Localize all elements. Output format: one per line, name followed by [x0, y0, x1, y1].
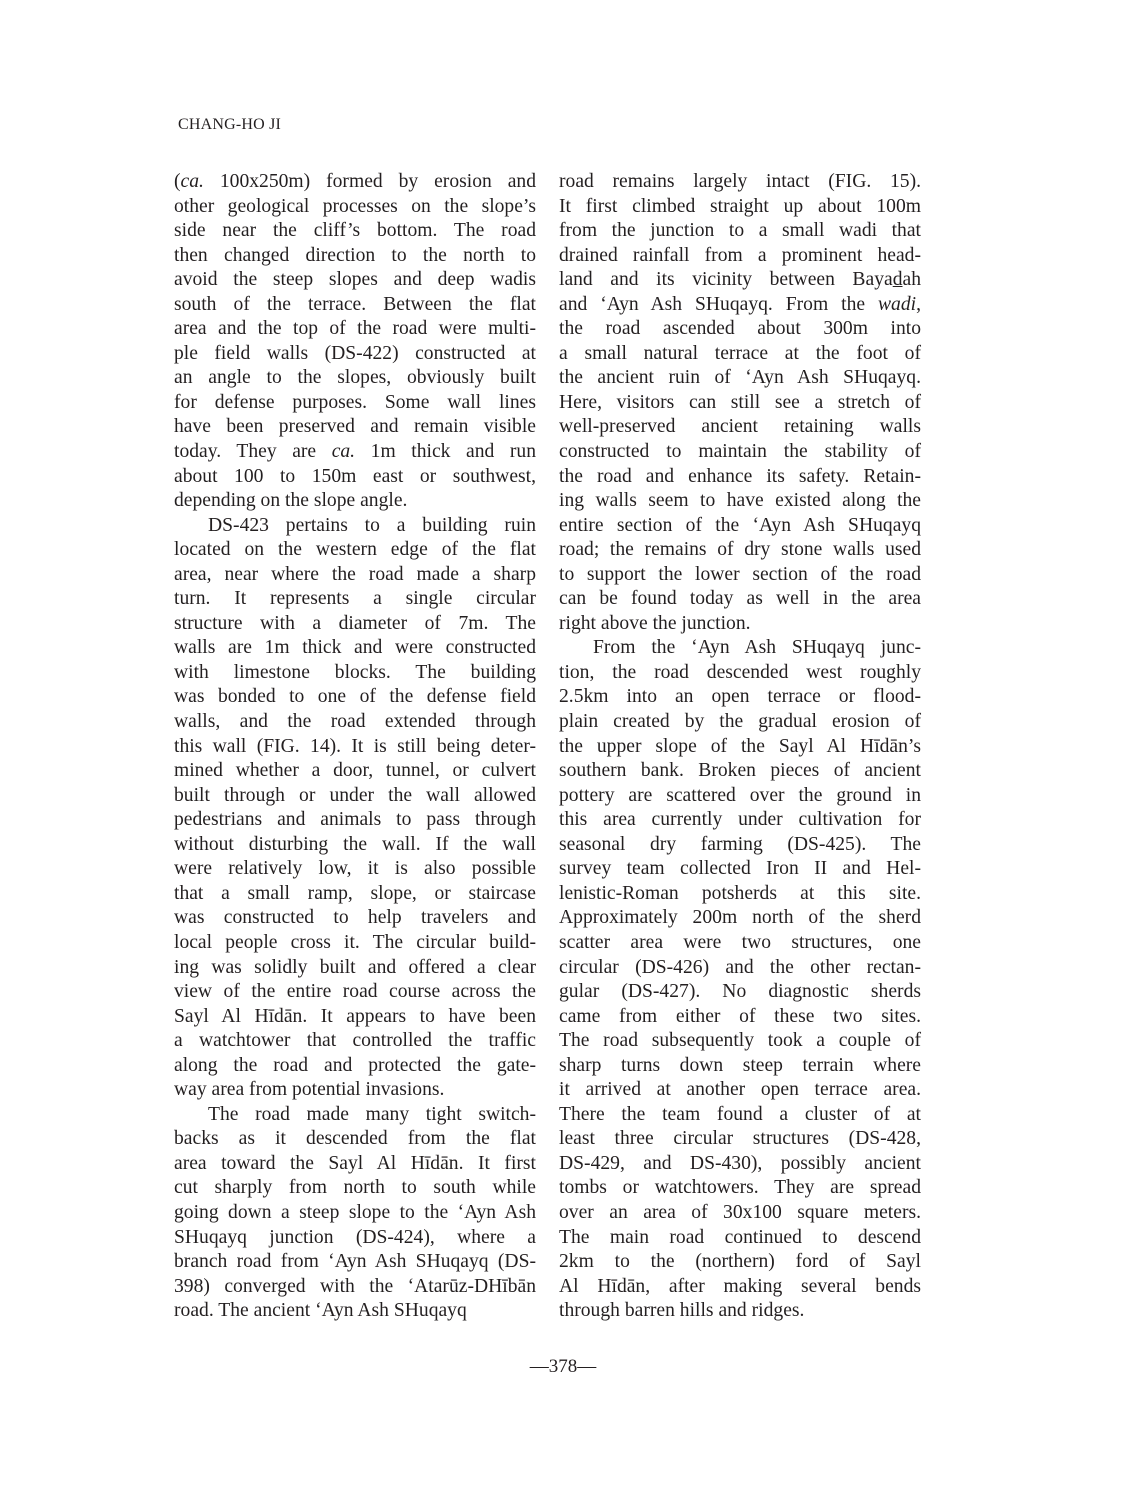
text-line: an angle to the slopes, obviously built	[174, 366, 536, 391]
text-line: was bonded to one of the defense field	[174, 685, 536, 710]
text-line: survey team collected Iron II and Hel-	[559, 857, 921, 882]
text-line: from the junction to a small wadi that	[559, 219, 921, 244]
text-line: and ‘Ayn Ash SHuqayq. From the wadi,	[559, 293, 921, 318]
text-line: From the ‘Ayn Ash SHuqayq junc-	[559, 636, 921, 661]
text-line: The road made many tight switch-	[174, 1103, 536, 1128]
text-line: seasonal dry farming (DS-425). The	[559, 833, 921, 858]
text-line: gular (DS-427). No diagnostic sherds	[559, 980, 921, 1005]
text-line: Sayl Al Hīdān. It appears to have been	[174, 1005, 536, 1030]
text-line: DS-429, and DS-430), possibly ancient	[559, 1152, 921, 1177]
text-line: DS-423 pertains to a building ruin	[174, 514, 536, 539]
text-line: road remains largely intact (FIG. 15).	[559, 170, 921, 195]
text-line: the ancient ruin of ‘Ayn Ash SHuqayq.	[559, 366, 921, 391]
right-column: road remains largely intact (FIG. 15).It…	[559, 170, 921, 1324]
text-line: pedestrians and animals to pass through	[174, 808, 536, 833]
text-line: local people cross it. The circular buil…	[174, 931, 536, 956]
text-line: walls, and the road extended through	[174, 710, 536, 735]
text-line: it arrived at another open terrace area.	[559, 1078, 921, 1103]
text-line: lenistic-Roman potsherds at this site.	[559, 882, 921, 907]
text-line: area toward the Sayl Al Hīdān. It first	[174, 1152, 536, 1177]
text-line: Al Hīdān, after making several bends	[559, 1275, 921, 1300]
text-line: the upper slope of the Sayl Al Hīdān’s	[559, 735, 921, 760]
text-line: walls are 1m thick and were constructed	[174, 636, 536, 661]
text-line: came from either of these two sites.	[559, 1005, 921, 1030]
text-line: southern bank. Broken pieces of ancient	[559, 759, 921, 784]
text-line: 2km to the (northern) ford of Sayl	[559, 1250, 921, 1275]
text-line: area and the top of the road were multi-	[174, 317, 536, 342]
text-line: structure with a diameter of 7m. The	[174, 612, 536, 637]
text-line: have been preserved and remain visible	[174, 415, 536, 440]
text-line: SHuqayq junction (DS-424), where a	[174, 1226, 536, 1251]
text-line: least three circular structures (DS-428,	[559, 1127, 921, 1152]
text-line: depending on the slope angle.	[174, 489, 536, 514]
text-line: drained rainfall from a prominent head-	[559, 244, 921, 269]
text-line: constructed to maintain the stability of	[559, 440, 921, 465]
text-line: land and its vicinity between Bayadah	[559, 268, 921, 293]
text-line: (ca. 100x250m) formed by erosion and	[174, 170, 536, 195]
text-line: cut sharply from north to south while	[174, 1176, 536, 1201]
text-line: tion, the road descended west roughly	[559, 661, 921, 686]
text-line: to support the lower section of the road	[559, 563, 921, 588]
running-head-author: CHANG-HO JI	[178, 116, 281, 134]
text-line: well-preserved ancient retaining walls	[559, 415, 921, 440]
text-line: this wall (FIG. 14). It is still being d…	[174, 735, 536, 760]
text-line: pottery are scattered over the ground in	[559, 784, 921, 809]
text-line: Approximately 200m north of the sherd	[559, 906, 921, 931]
text-line: It first climbed straight up about 100m	[559, 195, 921, 220]
text-line: about 100 to 150m east or southwest,	[174, 465, 536, 490]
text-line: 398) converged with the ‘Atarūz-DHībān	[174, 1275, 536, 1300]
text-line: south of the terrace. Between the flat	[174, 293, 536, 318]
text-line: was constructed to help travelers and	[174, 906, 536, 931]
text-line: located on the western edge of the flat	[174, 538, 536, 563]
text-line: scatter area were two structures, one	[559, 931, 921, 956]
text-line: ing was solidly built and offered a clea…	[174, 956, 536, 981]
text-line: circular (DS-426) and the other rectan-	[559, 956, 921, 981]
text-line: sharp turns down steep terrain where	[559, 1054, 921, 1079]
left-column: (ca. 100x250m) formed by erosion andothe…	[174, 170, 536, 1324]
text-line: tombs or watchtowers. They are spread	[559, 1176, 921, 1201]
text-line: for defense purposes. Some wall lines	[174, 391, 536, 416]
text-line: a watchtower that controlled the traffic	[174, 1029, 536, 1054]
text-line: going down a steep slope to the ‘Ayn Ash	[174, 1201, 536, 1226]
text-line: the road and enhance its safety. Retain-	[559, 465, 921, 490]
text-line: the road ascended about 300m into	[559, 317, 921, 342]
text-line: road; the remains of dry stone walls use…	[559, 538, 921, 563]
text-line: Here, visitors can still see a stretch o…	[559, 391, 921, 416]
text-line: The main road continued to descend	[559, 1226, 921, 1251]
text-line: right above the junction.	[559, 612, 921, 637]
text-line: way area from potential invasions.	[174, 1078, 536, 1103]
text-line: view of the entire road course across th…	[174, 980, 536, 1005]
text-line: road. The ancient ‘Ayn Ash SHuqayq	[174, 1299, 536, 1324]
text-line: avoid the steep slopes and deep wadis	[174, 268, 536, 293]
text-line: can be found today as well in the area	[559, 587, 921, 612]
text-line: backs as it descended from the flat	[174, 1127, 536, 1152]
text-line: side near the cliff’s bottom. The road	[174, 219, 536, 244]
text-line: branch road from ‘Ayn Ash SHuqayq (DS-	[174, 1250, 536, 1275]
text-line: ing walls seem to have existed along the	[559, 489, 921, 514]
text-line: that a small ramp, slope, or staircase	[174, 882, 536, 907]
text-line: with limestone blocks. The building	[174, 661, 536, 686]
text-line: There the team found a cluster of at	[559, 1103, 921, 1128]
text-line: plain created by the gradual erosion of	[559, 710, 921, 735]
text-line: built through or under the wall allowed	[174, 784, 536, 809]
text-line: other geological processes on the slope’…	[174, 195, 536, 220]
text-line: were relatively low, it is also possible	[174, 857, 536, 882]
text-line: over an area of 30x100 square meters.	[559, 1201, 921, 1226]
text-line: along the road and protected the gate-	[174, 1054, 536, 1079]
text-line: ple field walls (DS-422) constructed at	[174, 342, 536, 367]
text-line: this area currently under cultivation fo…	[559, 808, 921, 833]
text-line: then changed direction to the north to	[174, 244, 536, 269]
text-line: entire section of the ‘Ayn Ash SHuqayq	[559, 514, 921, 539]
text-line: without disturbing the wall. If the wall	[174, 833, 536, 858]
page-number: —378—	[0, 1356, 1126, 1378]
text-line: today. They are ca. 1m thick and run	[174, 440, 536, 465]
text-line: turn. It represents a single circular	[174, 587, 536, 612]
text-line: a small natural terrace at the foot of	[559, 342, 921, 367]
text-line: through barren hills and ridges.	[559, 1299, 921, 1324]
text-line: mined whether a door, tunnel, or culvert	[174, 759, 536, 784]
text-line: 2.5km into an open terrace or flood-	[559, 685, 921, 710]
text-line: The road subsequently took a couple of	[559, 1029, 921, 1054]
text-line: area, near where the road made a sharp	[174, 563, 536, 588]
